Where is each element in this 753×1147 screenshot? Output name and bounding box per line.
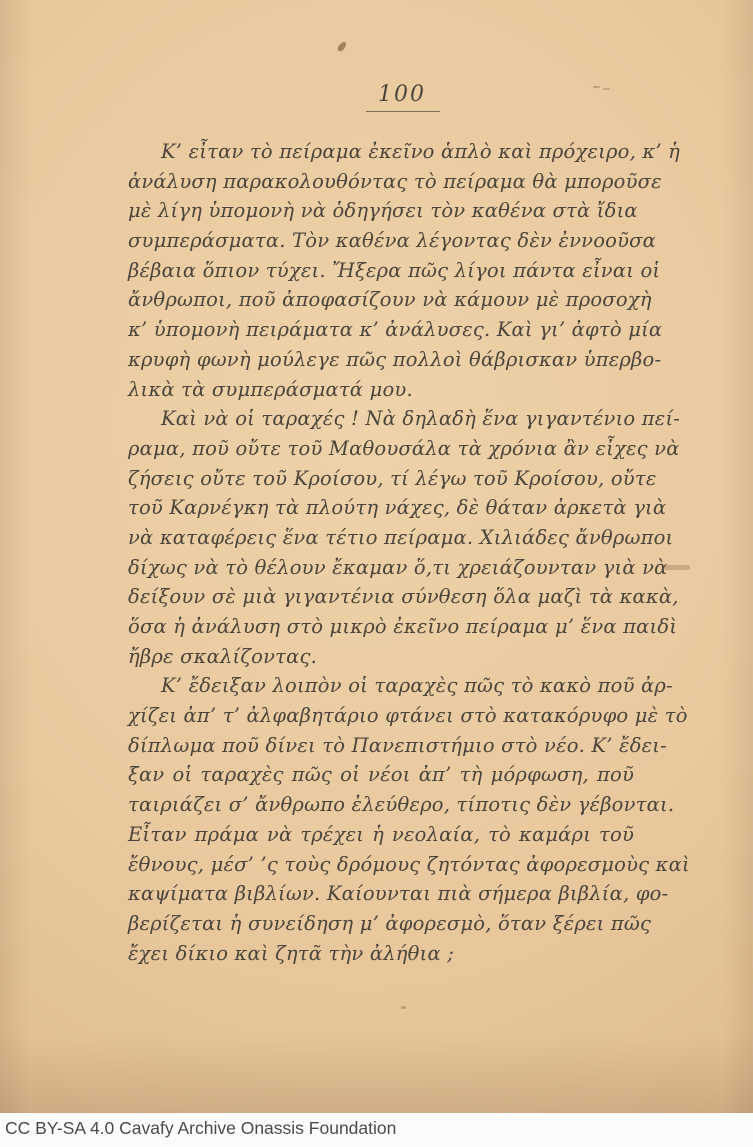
text-line: ἄνθρωποι, ποῦ ἀποφασίζουν νὰ κάμουν μὲ π… [128, 285, 634, 315]
license-text: CC BY-SA 4.0 Cavafy Archive Onassis Foun… [0, 1113, 753, 1144]
text-line: ραμα, ποῦ οὔτε τοῦ Μαθουσάλα τὰ χρόνια ἂ… [128, 434, 634, 464]
paper-speck [336, 40, 348, 52]
text-line: ταιριάζει σ’ ἄνθρωπο ἐλεύθερο, τίποτις δ… [128, 790, 634, 820]
paper-speck [603, 88, 610, 90]
text-line: Εἶταν πράμα νὰ τρέχει ἡ νεολαία, τὸ καμά… [128, 820, 634, 850]
text-line: Καὶ νὰ οἱ ταραχές ! Νὰ δηλαδὴ ἕνα γιγαντ… [128, 404, 634, 434]
text-line: λικὰ τὰ συμπεράσματά μου. [128, 375, 634, 405]
text-line: ἀνάλυση παρακολουθόντας τὸ πείραμα θὰ μπ… [128, 167, 634, 197]
text-line: κρυφὴ φωνὴ μούλεγε πῶς πολλοὶ θάβρισκαν … [128, 345, 634, 375]
text-line: κ’ ὑπομονὴ πειράματα κ’ ἀνάλυσες. Καὶ γι… [128, 315, 634, 345]
scanned-book-page: 100 Κ’ εἶταν τὸ πείραμα ἐκεῖνο ἁπλὸ καὶ … [0, 0, 753, 1113]
text-line: καψίματα βιβλίων. Καίουνται πιὰ σήμερα β… [128, 879, 634, 909]
text-line: Κ’ εἶταν τὸ πείραμα ἐκεῖνο ἁπλὸ καὶ πρόχ… [128, 137, 634, 167]
paper-speck [593, 86, 600, 88]
text-line: ξαν οἱ ταραχὲς πῶς οἱ νέοι ἀπ’ τὴ μόρφωσ… [128, 760, 634, 790]
license-bar: CC BY-SA 4.0 Cavafy Archive Onassis Foun… [0, 1113, 753, 1147]
text-line: δίχως νὰ τὸ θέλουν ἔκαμαν ὅ,τι χρειάζουν… [128, 553, 634, 583]
text-line: ζήσεις οὔτε τοῦ Κροίσου, τί λέγω τοῦ Κρο… [128, 464, 634, 494]
text-line: ὅσα ἡ ἀνάλυση στὸ μικρὸ ἐκεῖνο πείραμα μ… [128, 612, 634, 642]
text-line: ἔθνους, μέσ’ ’ς τοὺς δρόμους ζητόντας ἀφ… [128, 850, 634, 880]
text-line: βερίζεται ἡ συνείδηση μ’ ἀφορεσμὸ, ὅταν … [128, 909, 634, 939]
text-line: χίζει ἀπ’ τ’ ἀλφαβητάριο φτάνει στὸ κατα… [128, 701, 634, 731]
text-line: δείξουν σὲ μιὰ γιγαντένια σύνθεση ὅλα μα… [128, 582, 634, 612]
page-number: 100 [342, 82, 462, 108]
text-line: συμπεράσματα. Τὸν καθένα λέγοντας δὲν ἐν… [128, 226, 634, 256]
text-line: τοῦ Καρνέγκη τὰ πλούτη νάχες, δὲ θάταν ἀ… [128, 493, 634, 523]
text-line: ἔχει δίκιο καὶ ζητᾶ τὴν ἀλήθια ; [128, 939, 634, 969]
text-line: νὰ καταφέρεις ἕνα τέτιο πείραμα. Χιλιάδε… [128, 523, 634, 553]
paper-speck [401, 1006, 406, 1009]
page-text: Κ’ εἶταν τὸ πείραμα ἐκεῖνο ἁπλὸ καὶ πρόχ… [128, 137, 634, 968]
text-line: δίπλωμα ποῦ δίνει τὸ Πανεπιστήμιο στὸ νέ… [128, 731, 634, 761]
text-line: Κ’ ἔδειξαν λοιπὸν οἱ ταραχὲς πῶς τὸ κακὸ… [128, 671, 634, 701]
text-line: βέβαια ὅπιον τύχει. Ἤξερα πῶς λίγοι πάντ… [128, 256, 634, 286]
page-number-rule [366, 111, 440, 112]
text-line: ἤβρε σκαλίζοντας. [128, 642, 634, 672]
text-line: μὲ λίγη ὑπομονὴ νὰ ὁδηγήσει τὸν καθένα σ… [128, 196, 634, 226]
